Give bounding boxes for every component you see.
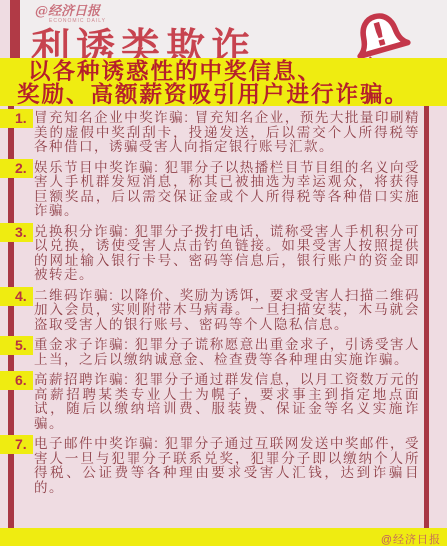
list-item: 1. 冒充知名企业中奖诈骗: 冒充知名企业，预先大批量印刷精美的虚假中奖刮刮卡，… (0, 111, 420, 155)
header: @经济日报 ECONOMIC DAILY 利诱类欺诈 ! (10, 0, 447, 58)
subtitle-banner: 以各种诱惑性的中奖信息、 奖励、高额薪资吸引用户进行诈骗。 (0, 58, 447, 106)
item-text: 娱乐节目中奖诈骗: 犯罪分子以热播栏目节目组的名义向受害人手机群发短消息，称其已… (34, 161, 420, 219)
item-number-tab: 3. (0, 223, 33, 242)
list-item: 4. 二维码诈骗: 以降价、奖励为诱饵，要求受害人扫描二维码加入会员，实则附带木… (0, 289, 420, 333)
list-item: 6. 高薪招聘诈骗: 犯罪分子通过群发信息，以月工资数万元的高薪招聘某类专业人士… (0, 373, 420, 431)
item-number-tab: 4. (0, 287, 33, 306)
item-number-tab: 6. (0, 371, 33, 390)
item-text: 电子邮件中奖诈骗: 犯罪分子通过互联网发送中奖邮件，受害人一旦与犯罪分子联系兑奖… (34, 437, 420, 495)
watermark: @经济日报 (381, 531, 441, 546)
list-item: 5. 重金求子诈骗: 犯罪分子谎称愿意出重金求子，引诱受害人上当，之后以缴纳诚意… (0, 338, 420, 367)
item-text: 高薪招聘诈骗: 犯罪分子通过群发信息，以月工资数万元的高薪招聘某类专业人士为幌子… (34, 373, 420, 431)
fraud-type-list: 1. 冒充知名企业中奖诈骗: 冒充知名企业，预先大批量印刷精美的虚假中奖刮刮卡，… (0, 106, 447, 528)
item-number-tab: 2. (0, 159, 33, 178)
item-number-tab: 5. (0, 336, 33, 355)
item-number-tab: 7. (0, 435, 33, 454)
fraud-infographic-poster: @经济日报 ECONOMIC DAILY 利诱类欺诈 ! 以各种诱惑性的中奖信息… (0, 0, 447, 546)
item-number-tab: 1. (0, 109, 33, 128)
footer-bar: @经济日报 (0, 528, 447, 546)
item-text: 重金求子诈骗: 犯罪分子谎称愿意出重金求子，引诱受害人上当，之后以缴纳诚意金、检… (34, 338, 420, 367)
list-item: 2. 娱乐节目中奖诈骗: 犯罪分子以热播栏目节目组的名义向受害人手机群发短消息，… (0, 161, 420, 219)
subtitle-line-1: 以各种诱惑性的中奖信息、 (0, 60, 447, 83)
subtitle-line-2: 奖励、高额薪资吸引用户进行诈骗。 (0, 83, 447, 106)
list-item: 7. 电子邮件中奖诈骗: 犯罪分子通过互联网发送中奖邮件，受害人一旦与犯罪分子联… (0, 437, 420, 495)
item-text: 兑换积分诈骗: 犯罪分子拨打电话，谎称受害人手机积分可以兑换，诱使受害人点击钓鱼… (34, 225, 420, 283)
item-text: 二维码诈骗: 以降价、奖励为诱饵，要求受害人扫描二维码加入会员，实则附带木马病毒… (34, 289, 420, 333)
item-text: 冒充知名企业中奖诈骗: 冒充知名企业，预先大批量印刷精美的虚假中奖刮刮卡，投递发… (34, 111, 420, 155)
left-red-strip (10, 0, 20, 58)
list-item: 3. 兑换积分诈骗: 犯罪分子拨打电话，谎称受害人手机积分可以兑换，诱使受害人点… (0, 225, 420, 283)
